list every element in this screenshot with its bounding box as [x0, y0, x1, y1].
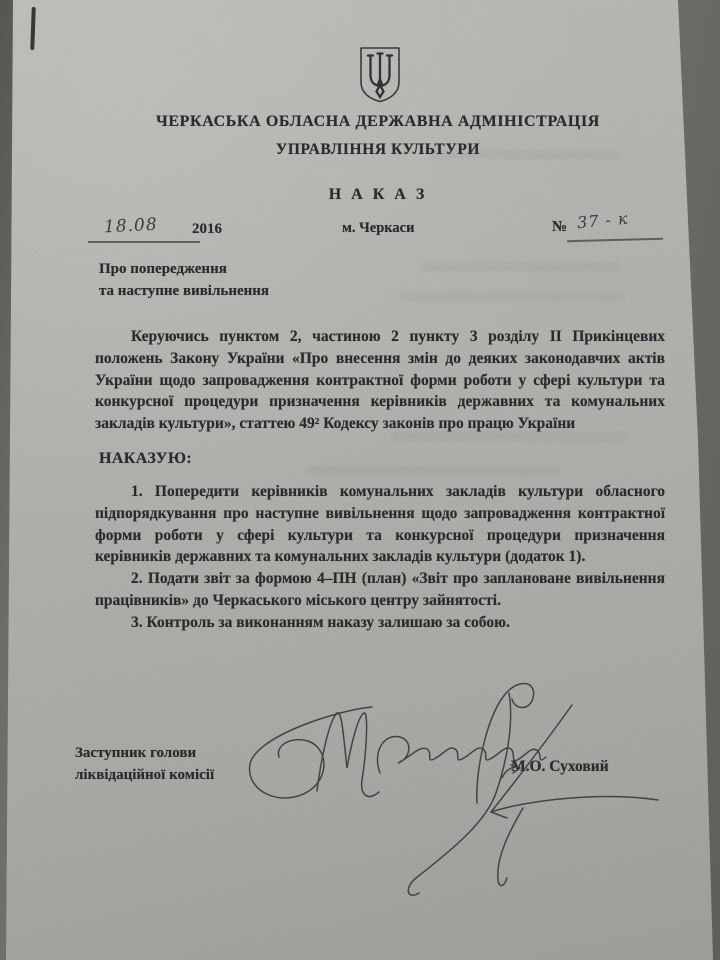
- ukraine-trident-icon: [357, 46, 403, 104]
- number-underline: [567, 238, 663, 242]
- paper-sheet: ЧЕРКАСЬКА ОБЛАСНА ДЕРЖАВНА АДМІНІСТРАЦІЯ…: [0, 0, 720, 960]
- org-name-line2: УПРАВЛІННЯ КУЛЬТУРИ: [92, 141, 664, 159]
- signatory-role-line1: Заступник голови: [75, 742, 214, 764]
- order-item: 1. Попередити керівників комунальних зак…: [95, 481, 665, 568]
- document-type-title: Н А К А З: [92, 186, 664, 204]
- org-name-line1: ЧЕРКАСЬКА ОБЛАСНА ДЕРЖАВНА АДМІНІСТРАЦІЯ: [92, 113, 664, 131]
- city-name: м. Черкаси: [342, 220, 414, 237]
- photo-background: ЧЕРКАСЬКА ОБЛАСНА ДЕРЖАВНА АДМІНІСТРАЦІЯ…: [0, 0, 720, 960]
- date-year: 2016: [192, 221, 222, 238]
- pen-mark: [30, 7, 35, 50]
- date-underline: [88, 241, 200, 243]
- preamble-paragraph: Керуючись пунктом 2, частиною 2 пункту 3…: [95, 326, 665, 435]
- handwritten-signature: [220, 660, 700, 960]
- order-item: 2. Подати звіт за формою 4–ПН (план) «Зв…: [95, 568, 665, 612]
- bleed-through: [305, 466, 560, 475]
- order-item: 3. Контроль за виконанням наказу залишаю…: [95, 612, 665, 634]
- number-label: №: [552, 219, 567, 236]
- subject-line-2: та наступне вивільнення: [99, 280, 269, 302]
- order-heading: НАКАЗУЮ:: [99, 450, 192, 468]
- bleed-through: [420, 262, 620, 271]
- bleed-through: [400, 292, 625, 301]
- subject-line-1: Про попередження: [99, 258, 269, 280]
- number-handwritten: 37 - к: [576, 209, 629, 232]
- date-handwritten: 18.08: [104, 215, 159, 238]
- signatory-role-line2: ліквідаційної комісії: [75, 764, 214, 786]
